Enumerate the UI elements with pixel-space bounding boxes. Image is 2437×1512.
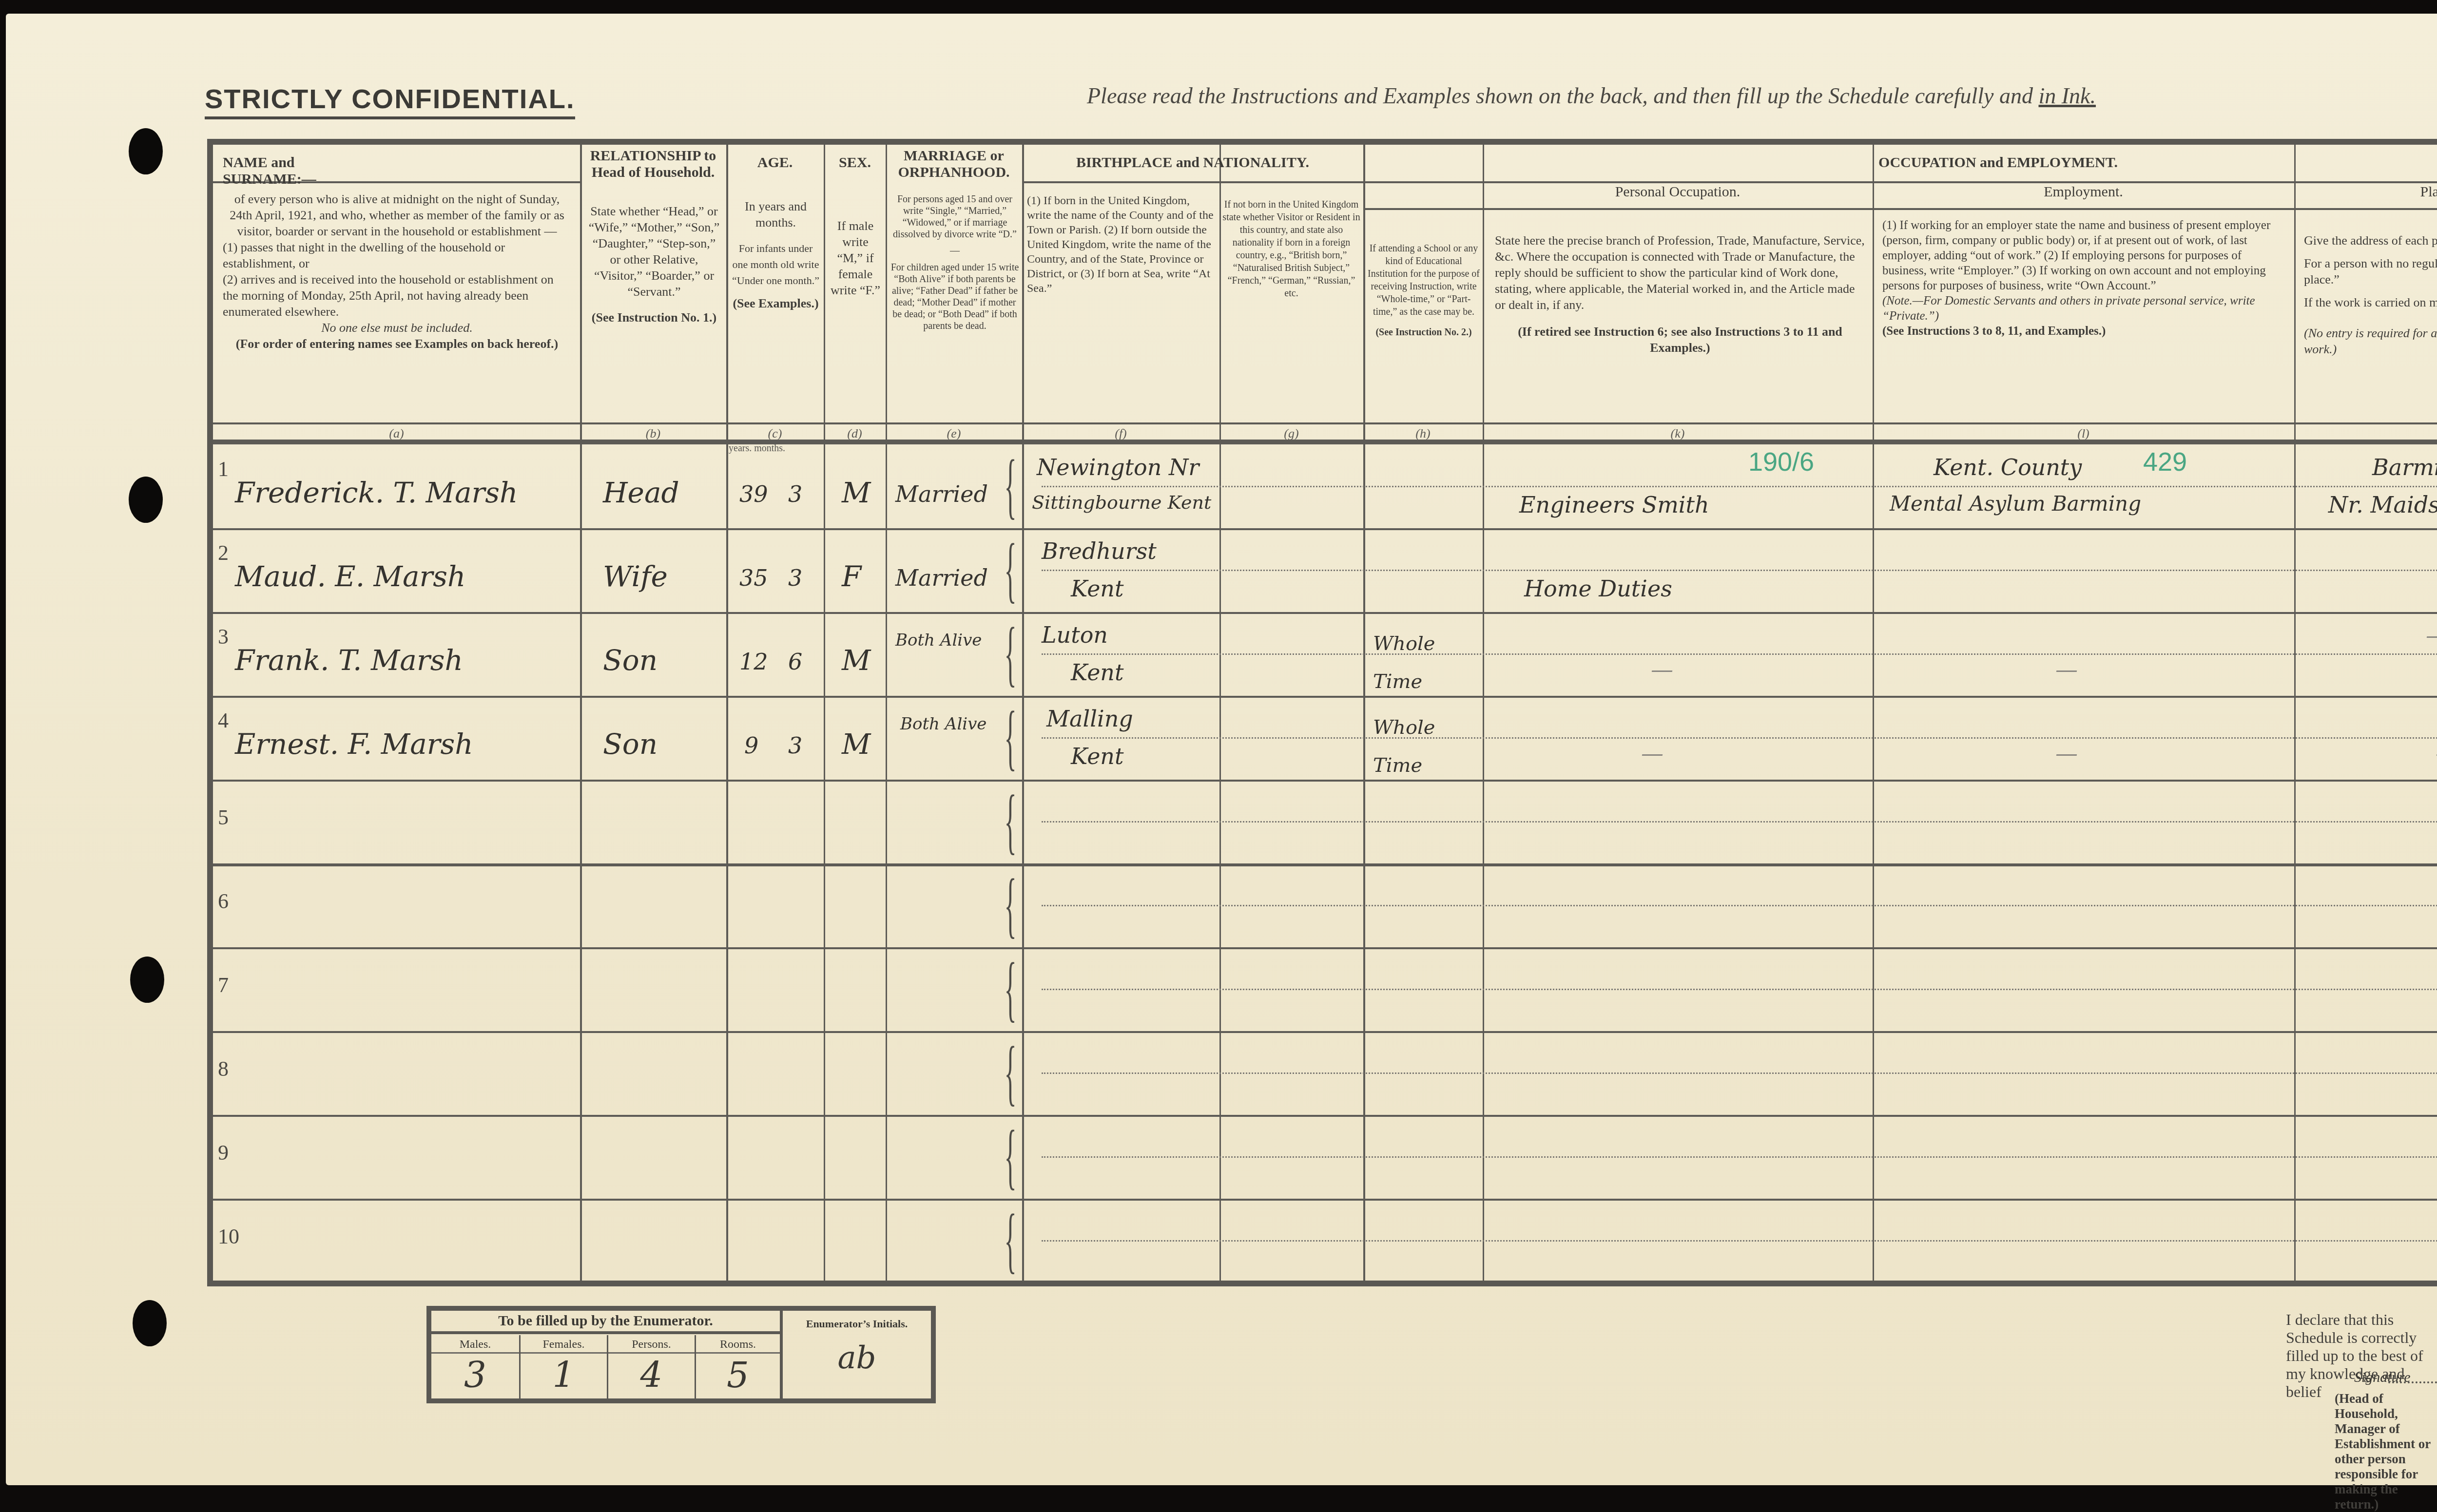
place-of-work-cell[interactable]: — [2426, 622, 2437, 649]
row-number: 6 [218, 889, 229, 914]
divider [824, 145, 825, 1281]
row-number: 3 [218, 624, 229, 649]
place-of-work-cell-line2[interactable]: Nr. Maidstone [2328, 492, 2437, 518]
enumerator-initials-cell: Enumerator’s Initials. ab [780, 1311, 931, 1398]
persons-label: Persons. [608, 1335, 695, 1354]
employment-cell[interactable]: — [2055, 656, 2078, 683]
age-instructions: In years and months. For infants under o… [731, 198, 821, 311]
name-p1: (1) passes that night in the dwelling of… [223, 239, 571, 271]
nationality-instructions: If not born in the United Kingdom state … [1222, 198, 1361, 300]
row-rule [213, 1199, 2437, 1201]
row-rule [213, 780, 2437, 782]
signature-note: (Head of Household, Manager of Establish… [2335, 1391, 2437, 1497]
birthplace-county-cell[interactable]: Kent [1071, 575, 1123, 602]
males-label: Males. [431, 1335, 519, 1354]
row-number: 5 [218, 805, 229, 830]
row-number: 10 [218, 1224, 239, 1249]
col-letter: (c) [726, 426, 824, 441]
age-months-cell[interactable]: 3 [788, 565, 802, 591]
employment-note: (Note.—For Domestic Servants and others … [1882, 293, 2287, 324]
birthplace-cell[interactable]: Luton [1042, 622, 1108, 648]
females-value[interactable]: 1 [521, 1354, 607, 1397]
birthplace-cell[interactable]: Malling [1046, 706, 1133, 732]
relationship-see: (See Instruction No. 1.) [586, 309, 722, 325]
name-instructions: of every person who is alive at midnight… [223, 191, 571, 352]
name-cell[interactable]: Maud. E. Marsh [235, 560, 465, 593]
relationship-cell[interactable]: Wife [603, 560, 668, 593]
occupation-body: State here the precise branch of Profess… [1495, 232, 1865, 313]
divider [726, 145, 728, 1281]
col-letter: (e) [886, 426, 1022, 441]
header-marriage: MARRIAGE or ORPHANHOOD. [888, 148, 1020, 181]
employment-see: (See Instructions 3 to 8, 11, and Exampl… [1882, 324, 2287, 339]
row-rule [213, 612, 2437, 614]
relationship-cell[interactable]: Son [603, 727, 658, 761]
header-occupation-employment: OCCUPATION and EMPLOYMENT. [1366, 154, 2437, 171]
marriage-adults: For persons aged 15 and over write “Sing… [890, 193, 1020, 240]
divider [2294, 145, 2296, 1281]
marriage-cell[interactable]: Both Alive [895, 630, 1017, 651]
col-letter: (k) [1483, 426, 1873, 441]
place-body3: If the work is carried on mainly at home… [2304, 294, 2437, 310]
brace: { [1004, 533, 1016, 606]
marriage-cell[interactable]: Married [895, 481, 988, 507]
row-number: 9 [218, 1140, 229, 1165]
mid-rule [1042, 821, 2437, 823]
birthplace-instructions: (1) If born in the United Kingdom, write… [1027, 193, 1215, 296]
months-label: months. [754, 443, 785, 454]
divider [580, 145, 582, 1281]
col-letter: (l) [1873, 426, 2294, 441]
row-rule [213, 947, 2437, 949]
occupation-cell[interactable]: — [1651, 656, 1673, 683]
marriage-children: For children aged under 15 write “Both A… [890, 262, 1020, 332]
divider [1873, 145, 1874, 1281]
persons-cell: Persons. 4 [607, 1335, 695, 1398]
instruction-text: Please read the Instructions and Example… [1087, 83, 2038, 108]
divider [1483, 145, 1484, 1281]
header-name: NAME and SURNAME:— [223, 154, 369, 188]
rooms-label: Rooms. [696, 1335, 780, 1354]
name-cell[interactable]: Ernest. F. Marsh [235, 727, 473, 761]
years-label: years. [729, 443, 752, 454]
confidential-heading: STRICTLY CONFIDENTIAL. [205, 83, 575, 119]
row-number: 1 [218, 457, 229, 481]
name-note: No one else must be included. [223, 320, 571, 336]
name-cell[interactable]: Frederick. T. Marsh [235, 476, 518, 509]
initials-label: Enumerator’s Initials. [783, 1311, 931, 1330]
col-letter: (a) [213, 426, 580, 441]
sex-cell[interactable]: M [842, 644, 870, 677]
marriage-instructions: For persons aged 15 and over write “Sing… [890, 193, 1020, 332]
age-infants: For infants under one month old write “U… [731, 240, 821, 288]
col-letter: (f) [1022, 426, 1219, 441]
declaration-text: I declare that this Schedule is correctl… [2286, 1311, 2437, 1401]
row-rule [213, 1031, 2437, 1033]
col-letter: (g) [1219, 426, 1363, 441]
age-see: (See Examples.) [731, 295, 821, 311]
header-relationship: RELATIONSHIP to Head of Household. [582, 148, 724, 181]
mid-rule [1042, 1072, 2437, 1074]
divider [886, 145, 887, 1281]
instruction-emphasis: in Ink. [2038, 83, 2096, 108]
signature-line [2388, 1381, 2437, 1383]
brace: { [1004, 449, 1016, 522]
age-years-cell[interactable]: 39 [739, 481, 768, 507]
rule [1022, 181, 2437, 183]
birthplace-county-cell[interactable]: Sittingbourne Kent [1032, 492, 1211, 513]
birthplace-cell[interactable]: Bredhurst [1042, 538, 1157, 564]
school-see: (See Instruction No. 2.) [1366, 326, 1482, 339]
header-place-of-work: Place of Work. [2297, 184, 2437, 200]
col-letter: (d) [824, 426, 886, 441]
col-letter: (h) [1363, 426, 1483, 441]
brace: { [1004, 868, 1016, 941]
divider [1219, 145, 1221, 1281]
occupation-cell[interactable]: Engineers Smith [1519, 492, 1709, 518]
males-cell: Males. 3 [431, 1335, 519, 1398]
occupation-cell[interactable]: Home Duties [1524, 575, 1672, 602]
mid-rule [1042, 905, 2437, 906]
household-schedule-table: NAME and SURNAME:— of every person who i… [207, 139, 2437, 1286]
persons-value[interactable]: 4 [608, 1354, 695, 1397]
row-rule [213, 696, 2437, 698]
rooms-value[interactable]: 5 [696, 1354, 780, 1397]
males-value[interactable]: 3 [431, 1354, 519, 1397]
row-rule [213, 1115, 2437, 1117]
occupation-instructions: State here the precise branch of Profess… [1495, 232, 1865, 356]
initials-value[interactable]: ab [783, 1330, 931, 1376]
school-cell[interactable]: Whole Time [1373, 708, 1480, 785]
employment-cell[interactable]: — [2055, 740, 2078, 766]
relationship-instructions: State whether “Head,” or “Wife,” “Mother… [586, 203, 722, 325]
row-number: 2 [218, 540, 229, 565]
age-years-cell[interactable]: 35 [739, 565, 768, 591]
birthplace-county-cell[interactable]: Kent [1071, 743, 1123, 769]
school-cell[interactable]: Whole Time [1373, 625, 1480, 701]
marriage-cell[interactable]: Both Alive [900, 713, 1017, 735]
employment-cell-line2[interactable]: Mental Asylum Barming [1890, 492, 2141, 516]
age-months-cell[interactable]: 3 [788, 481, 802, 507]
rule [1363, 208, 2437, 210]
brace: { [1004, 952, 1016, 1025]
birthplace-county-cell[interactable]: Kent [1071, 659, 1123, 686]
sex-cell[interactable]: M [842, 476, 870, 509]
females-cell: Females. 1 [519, 1335, 607, 1398]
employment-body: (1) If working for an employer state the… [1882, 218, 2287, 293]
birthplace-cell[interactable]: Newington Nr [1037, 454, 1199, 480]
sex-instructions: If male write “M,” if female write “F.” [828, 218, 883, 298]
brace: { [1004, 785, 1016, 858]
occupation-cell[interactable]: — [1641, 740, 1663, 766]
row-number: 4 [218, 708, 229, 733]
fill-instruction: Please read the Instructions and Example… [1087, 83, 2096, 109]
header-sex: SEX. [826, 154, 884, 171]
name-cell[interactable]: Frank. T. Marsh [235, 644, 463, 677]
header-employment: Employment. [1875, 184, 2292, 200]
brace: { [1004, 617, 1016, 690]
enumerator-box-title: To be filled up by the Enumerator. [431, 1311, 780, 1334]
brace: { [1004, 1120, 1016, 1193]
age-body: In years and months. [731, 198, 821, 230]
sex-cell[interactable]: F [842, 560, 861, 593]
brace: { [1004, 1204, 1016, 1277]
header-age: AGE. [729, 154, 821, 171]
col-letter: (m) [2294, 426, 2437, 441]
rule [213, 422, 2437, 424]
header-birthplace: BIRTHPLACE and NATIONALITY. [1025, 154, 1361, 171]
occupation-code: 190/6 [1748, 447, 1814, 477]
age-months-cell[interactable]: 6 [788, 649, 802, 675]
sex-cell[interactable]: M [842, 727, 870, 761]
employment-instructions: (1) If working for an employer state the… [1882, 218, 2287, 339]
divider [1363, 145, 1365, 1281]
employment-cell[interactable]: Kent. County [1934, 454, 2082, 480]
mid-rule [1042, 1156, 2437, 1158]
age-years-cell[interactable]: 12 [739, 649, 768, 675]
punch-hole [129, 128, 163, 174]
header-personal-occupation: Personal Occupation. [1485, 184, 1870, 200]
place-body2: For a person with no regular place of wo… [2304, 255, 2437, 287]
mid-rule [1042, 653, 2437, 655]
mid-rule [1042, 1240, 2437, 1242]
mid-rule [1042, 989, 2437, 990]
females-label: Females. [521, 1335, 607, 1354]
school-instructions: If attending a School or any kind of Edu… [1366, 242, 1482, 339]
brace: { [1004, 1036, 1016, 1109]
name-body: of every person who is alive at midnight… [223, 191, 571, 239]
mid-rule [1042, 570, 2437, 571]
age-subheader: years. months. [729, 443, 785, 454]
mid-rule [1042, 737, 2437, 739]
mid-rule [1042, 486, 2437, 487]
employment-code: 429 [2143, 447, 2187, 477]
divider [1022, 145, 1024, 1281]
age-years-cell[interactable]: 9 [744, 732, 758, 759]
place-of-work-cell[interactable]: Barming [2372, 454, 2437, 480]
place-note: (No entry is required for any person who… [2304, 325, 2437, 357]
relationship-cell[interactable]: Son [603, 644, 658, 677]
relationship-cell[interactable]: Head [603, 476, 679, 509]
punch-hole [133, 1300, 167, 1346]
row-number: 7 [218, 973, 229, 997]
col-letter: (b) [580, 426, 726, 441]
row-rule [213, 863, 2437, 866]
name-p2: (2) arrives and is received into the hou… [223, 271, 571, 320]
place-body1: Give the address of each person’s place … [2304, 232, 2437, 249]
marriage-cell[interactable]: Married [895, 565, 988, 591]
name-order: (For order of entering names see Example… [223, 336, 571, 352]
relationship-body: State whether “Head,” or “Wife,” “Mother… [586, 203, 722, 300]
row-number: 8 [218, 1056, 229, 1081]
row-rule [213, 528, 2437, 530]
enumerator-summary-box: To be filled up by the Enumerator. Males… [426, 1306, 936, 1403]
age-months-cell[interactable]: 3 [788, 732, 802, 759]
place-instructions: Give the address of each person’s place … [2304, 232, 2437, 357]
brace: { [1004, 701, 1016, 774]
punch-hole [129, 477, 163, 523]
punch-hole [130, 957, 164, 1003]
school-body: If attending a School or any kind of Edu… [1366, 242, 1482, 318]
rooms-cell: Rooms. 5 [695, 1335, 780, 1398]
occupation-see: (If retired see Instruction 6; see also … [1495, 324, 1865, 356]
